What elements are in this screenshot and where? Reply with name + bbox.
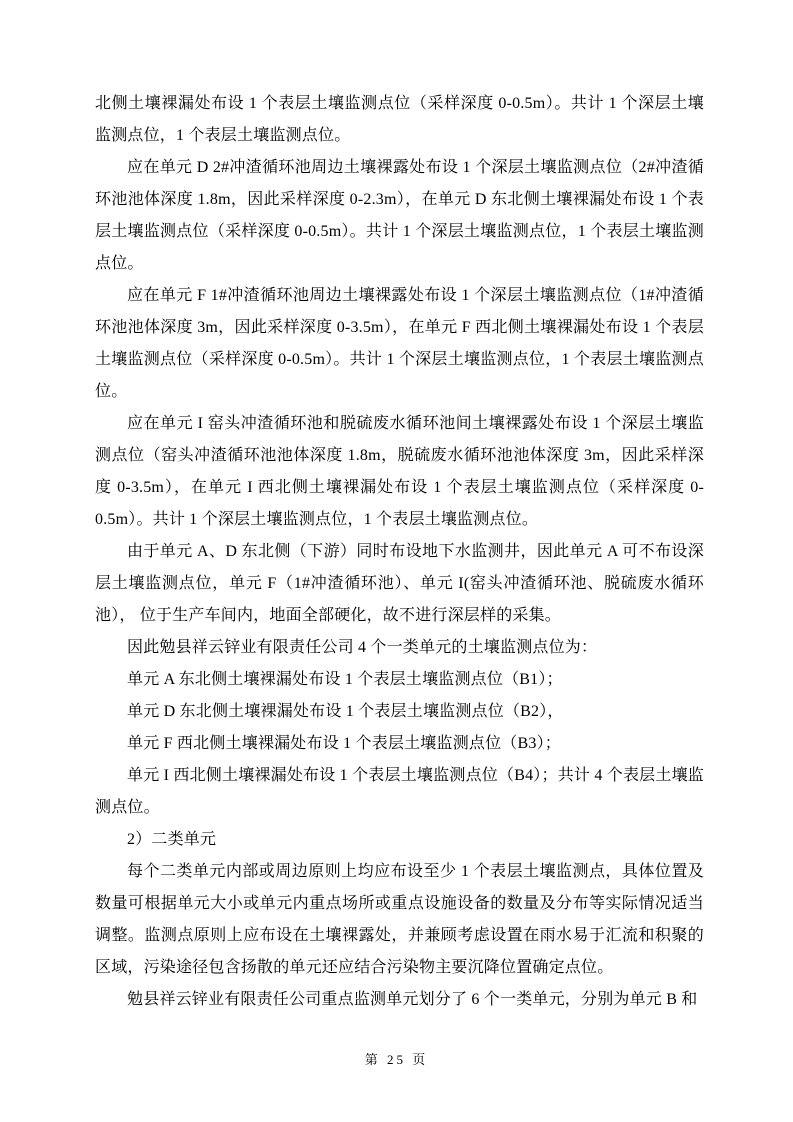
paragraph: 单元 I 西北侧土壤裸漏处布设 1 个表层土壤监测点位（B4）；共计 4 个表层… (95, 760, 704, 824)
paragraph: 应在单元 F 1#冲渣循环池周边土壤裸露处布设 1 个深层土壤监测点位（1#冲渣… (95, 280, 704, 408)
paragraph: 由于单元 A、D 东北侧（下游）同时布设地下水监测井，因此单元 A 可不布设深层… (95, 536, 704, 632)
paragraph: 2）二类单元 (95, 824, 704, 856)
page-body: 北侧土壤裸漏处布设 1 个表层土壤监测点位（采样深度 0-0.5m）。共计 1 … (95, 88, 704, 1016)
paragraph: 单元 F 西北侧土壤裸漏处布设 1 个表层土壤监测点位（B3）； (95, 728, 704, 760)
paragraph: 北侧土壤裸漏处布设 1 个表层土壤监测点位（采样深度 0-0.5m）。共计 1 … (95, 88, 704, 152)
page-footer: 第 25 页 (0, 1049, 793, 1068)
paragraph: 勉县祥云锌业有限责任公司重点监测单元划分了 6 个一类单元，分别为单元 B 和 (95, 984, 704, 1016)
paragraph: 单元 D 东北侧土壤裸漏处布设 1 个表层土壤监测点位（B2）， (95, 696, 704, 728)
document-page: 北侧土壤裸漏处布设 1 个表层土壤监测点位（采样深度 0-0.5m）。共计 1 … (0, 0, 793, 1122)
paragraph: 每个二类单元内部或周边原则上均应布设至少 1 个表层土壤监测点，具体位置及数量可… (95, 856, 704, 984)
paragraph: 应在单元 I 窑头冲渣循环池和脱硫废水循环池间土壤裸露处布设 1 个深层土壤监测… (95, 408, 704, 536)
paragraph: 单元 A 东北侧土壤裸漏处布设 1 个表层土壤监测点位（B1）； (95, 664, 704, 696)
page-number: 第 25 页 (365, 1052, 429, 1067)
paragraph: 应在单元 D 2#冲渣循环池周边土壤裸露处布设 1 个深层土壤监测点位（2#冲渣… (95, 152, 704, 280)
paragraph: 因此勉县祥云锌业有限责任公司 4 个一类单元的土壤监测点位为： (95, 632, 704, 664)
